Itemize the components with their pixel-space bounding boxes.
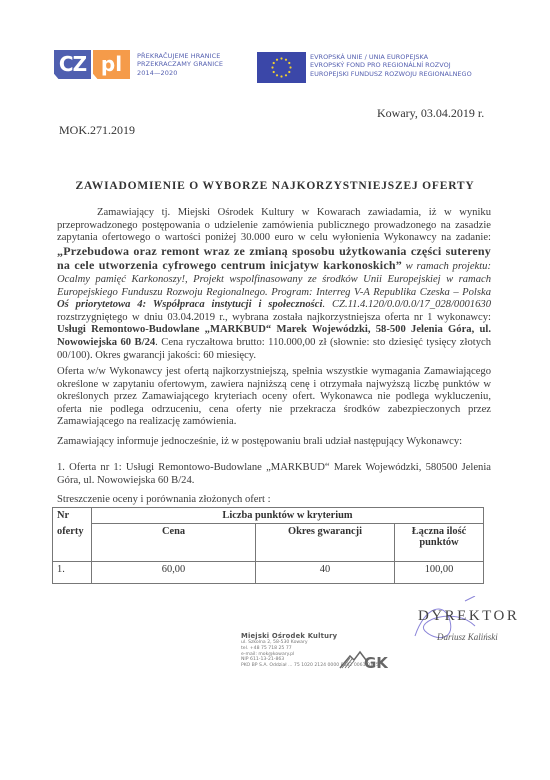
participants-text: Zamawiający informuje jednocześnie, iż w… <box>57 436 491 449</box>
paragraph-participants: Zamawiający informuje jednocześnie, iż w… <box>57 436 491 449</box>
priority-axis: Oś priorytetowa 4: Współpraca instytucji… <box>57 299 322 310</box>
mok-logo-icon: GK <box>338 648 388 670</box>
paragraph-justification: Oferta w/w Wykonawcy jest ofertą najkorz… <box>57 366 491 429</box>
resolved-text: rozstrzygniętego w dniu 03.04.2019 r., w… <box>57 312 491 323</box>
document-reference: MOK.271.2019 <box>59 123 135 138</box>
signature-name: Dariusz Kaliński <box>437 632 498 642</box>
eu-flag-icon <box>257 52 306 83</box>
document-title: ZAWIADOMIENIE O WYBORZE NAJKORZYSTNIEJSZ… <box>0 180 550 192</box>
eu-line-3: EUROPEJSKI FUNDUSZ ROZWOJU REGIONALNEGO <box>310 70 472 78</box>
header-criteria-group: Liczba punktów w kryterium <box>92 508 484 524</box>
cz-logo-block: CZ <box>54 50 91 79</box>
cell-cena: 60,00 <box>92 562 256 584</box>
header-oferty: oferty <box>53 524 92 562</box>
cell-gwarancja: 40 <box>256 562 395 584</box>
eu-logo-text: EVROPSKÁ UNIE / UNIA EUROPEJSKA EVROPSKÝ… <box>310 53 472 78</box>
czpl-logo: CZ pl <box>54 50 130 79</box>
header-cena: Cena <box>92 524 256 562</box>
justification-text: Oferta w/w Wykonawcy jest ofertą najkorz… <box>57 366 491 429</box>
project-code: . CZ.11.4.120/0.0/0.0/17_028/0001630 <box>322 299 491 310</box>
eu-line-2: EVROPSKÝ FOND PRO REGIONÁLNÍ ROZVOJ <box>310 61 472 69</box>
svg-text:GK: GK <box>364 654 388 670</box>
intro-text: Zamawiający tj. Miejski Ośrodek Kultury … <box>57 207 491 243</box>
cell-nr: 1. <box>53 562 92 584</box>
czpl-line-1: PŘEKRAČUJEME HRANICE <box>137 52 223 60</box>
offer-item: 1. Oferta nr 1: Usługi Remontowo-Budowla… <box>57 462 491 487</box>
czpl-line-2: PRZEKRACZAMY GRANICE <box>137 60 223 68</box>
header-gwarancja: Okres gwarancji <box>256 524 395 562</box>
paragraph-notification: Zamawiający tj. Miejski Ośrodek Kultury … <box>57 207 491 362</box>
header-nr: Nr <box>53 508 92 524</box>
cell-suma: 100,00 <box>395 562 484 584</box>
document-date: Kowary, 03.04.2019 r. <box>377 106 484 121</box>
stamp-name: Miejski Ośrodek Kultury <box>241 632 379 640</box>
table-row: 1. 60,00 40 100,00 <box>53 562 484 584</box>
header-suma: Łączna ilość punktów <box>395 524 484 562</box>
offer-list: 1. Oferta nr 1: Usługi Remontowo-Budowla… <box>57 462 491 487</box>
summary-label: Streszczenie oceny i porównania złożonyc… <box>57 494 271 505</box>
scores-table: Nr Liczba punktów w kryterium oferty Cen… <box>52 507 484 584</box>
czpl-line-3: 2014—2020 <box>137 69 223 77</box>
signature-title: DYREKTOR <box>418 608 519 625</box>
czpl-logo-text: PŘEKRAČUJEME HRANICE PRZEKRACZAMY GRANIC… <box>137 52 223 77</box>
pl-logo-block: pl <box>93 50 130 79</box>
